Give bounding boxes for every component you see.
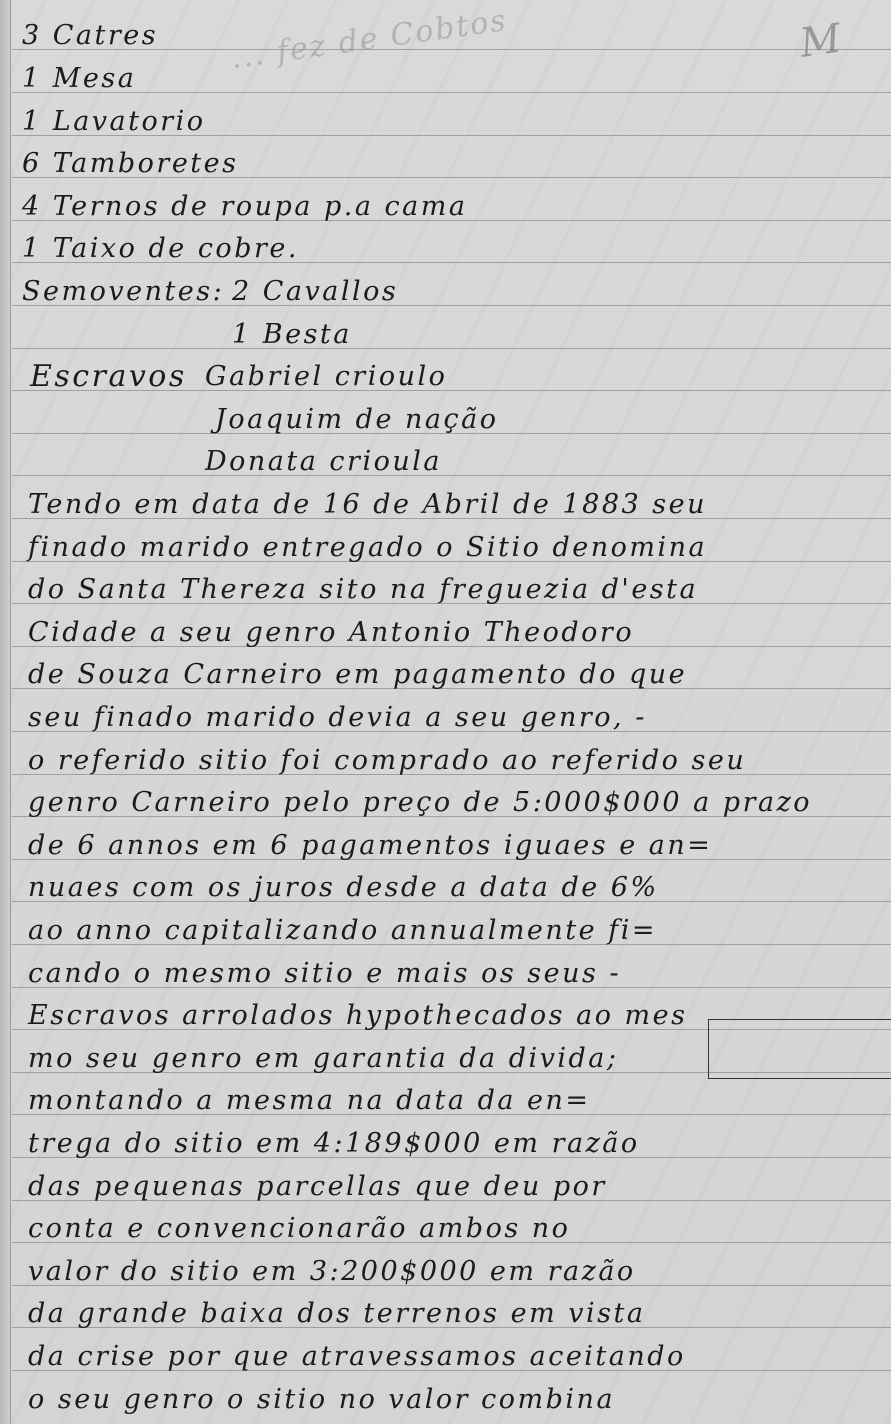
body-line: cando o mesmo sitio e mais os seus -: [28, 958, 621, 989]
body-line: genro Carneiro pelo preço de 5:000$000 a…: [28, 787, 812, 818]
ruled-line: [12, 348, 891, 349]
body-line: finado marido entregado o Sitio denomina: [28, 532, 707, 563]
semovente-item: 2 Cavallos: [232, 276, 398, 307]
inventory-item: 6 Tamboretes: [22, 148, 238, 179]
escravo-item: Donata crioula: [205, 446, 442, 477]
body-line: conta e convencionarão ambos no: [28, 1213, 570, 1244]
body-line: trega do sitio em 4:189$000 em razão: [28, 1128, 640, 1159]
body-line: ao anno capitalizando annualmente fi=: [28, 915, 657, 946]
manuscript-page: ... fez de Cobtos M 3 Catres 1 Mesa 1 La…: [0, 0, 891, 1424]
inventory-item: 3 Catres: [22, 20, 158, 51]
inventory-item: 4 Ternos de roupa p.a cama: [22, 191, 467, 222]
body-line: das pequenas parcellas que deu por: [28, 1171, 607, 1202]
inventory-item: 1 Mesa: [22, 63, 136, 94]
body-line: Tendo em data de 16 de Abril de 1883 seu: [28, 489, 707, 520]
body-line: mo seu genro em garantia da divida;: [28, 1043, 619, 1074]
ruled-line: [12, 92, 891, 93]
bleed-through-text: ... fez de Cobtos: [229, 3, 510, 76]
body-line: de 6 annos em 6 pagamentos iguaes e an=: [28, 830, 712, 861]
body-line: o seu genro o sitio no valor combina: [28, 1384, 615, 1415]
body-line: valor do sitio em 3:200$000 em razão: [28, 1256, 636, 1287]
body-line: da grande baixa dos terrenos em vista: [28, 1298, 645, 1329]
escravo-item: Gabriel crioulo: [205, 361, 447, 392]
body-line: seu finado marido devia a seu genro, -: [28, 702, 647, 733]
body-line: Escravos arrolados hypothecados ao mes: [28, 1000, 687, 1031]
body-line: montando a mesma na data da en=: [28, 1085, 591, 1116]
semovente-item: 1 Besta: [232, 319, 352, 350]
semoventes-label: Semoventes:: [22, 276, 224, 307]
escravos-label: Escravos: [30, 359, 187, 394]
body-line: do Santa Thereza sito na freguezia d'est…: [28, 574, 698, 605]
body-line: da crise por que atravessamos aceitando: [28, 1341, 686, 1372]
bleed-through-mark: M: [797, 15, 846, 67]
inventory-item: 1 Taixo de cobre.: [22, 233, 299, 264]
ruled-line: [12, 475, 891, 476]
body-line: Cidade a seu genro Antonio Theodoro: [28, 617, 634, 648]
inventory-item: 1 Lavatorio: [22, 106, 206, 137]
annotation-box-divida: [708, 1019, 891, 1079]
body-line: o referido sitio foi comprado ao referid…: [28, 745, 746, 776]
escravo-item: Joaquim de nação: [215, 404, 498, 435]
body-line: nuaes com os juros desde a data de 6%: [28, 872, 659, 903]
body-line: de Souza Carneiro em pagamento do que: [28, 659, 687, 690]
page-binding-edge: [0, 0, 11, 1424]
